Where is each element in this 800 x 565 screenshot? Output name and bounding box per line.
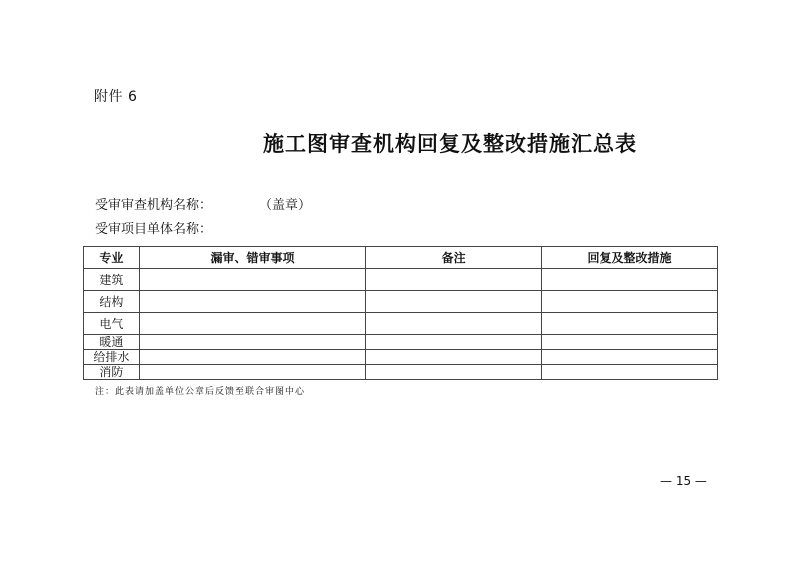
seal-label: （盖章）: [259, 194, 311, 213]
header-remarks: 备注: [366, 247, 542, 269]
table-row: 消防: [84, 365, 718, 380]
reply-cell[interactable]: [542, 269, 718, 291]
page-number: — 15 —: [660, 474, 707, 488]
discipline-cell: 消防: [84, 365, 140, 380]
header-discipline: 专业: [84, 247, 140, 269]
review-agency-name-label: 受审审查机构名称：: [95, 194, 212, 213]
table-row: 给排水: [84, 350, 718, 365]
reply-cell[interactable]: [542, 350, 718, 365]
reply-cell[interactable]: [542, 335, 718, 350]
remark-cell[interactable]: [366, 350, 542, 365]
remark-cell[interactable]: [366, 365, 542, 380]
remark-cell[interactable]: [366, 291, 542, 313]
attachment-label: 附件 6: [94, 86, 137, 106]
reply-cell[interactable]: [542, 313, 718, 335]
issue-cell[interactable]: [139, 291, 366, 313]
table-row: 建筑: [84, 269, 718, 291]
discipline-cell: 给排水: [84, 350, 140, 365]
discipline-cell: 结构: [84, 291, 140, 313]
reply-cell[interactable]: [542, 365, 718, 380]
footnote: 注：此表请加盖单位公章后反馈至联合审图中心: [95, 384, 305, 397]
remark-cell[interactable]: [366, 313, 542, 335]
issue-cell[interactable]: [139, 335, 366, 350]
remark-cell[interactable]: [366, 269, 542, 291]
table-row: 暖通: [84, 335, 718, 350]
table-row: 结构: [84, 291, 718, 313]
issue-cell[interactable]: [139, 269, 366, 291]
table-header-row: 专业 漏审、错审事项 备注 回复及整改措施: [84, 247, 718, 269]
issue-cell[interactable]: [139, 313, 366, 335]
reply-cell[interactable]: [542, 291, 718, 313]
discipline-cell: 暖通: [84, 335, 140, 350]
summary-table: 专业 漏审、错审事项 备注 回复及整改措施 建筑 结构 电气 暖通 给排水 消防: [83, 246, 718, 380]
issue-cell[interactable]: [139, 350, 366, 365]
project-name-label: 受审项目单体名称：: [95, 218, 212, 237]
discipline-cell: 电气: [84, 313, 140, 335]
header-reply: 回复及整改措施: [542, 247, 718, 269]
document-title: 施工图审查机构回复及整改措施汇总表: [0, 128, 800, 158]
header-issues: 漏审、错审事项: [139, 247, 366, 269]
table-row: 电气: [84, 313, 718, 335]
remark-cell[interactable]: [366, 335, 542, 350]
issue-cell[interactable]: [139, 365, 366, 380]
discipline-cell: 建筑: [84, 269, 140, 291]
